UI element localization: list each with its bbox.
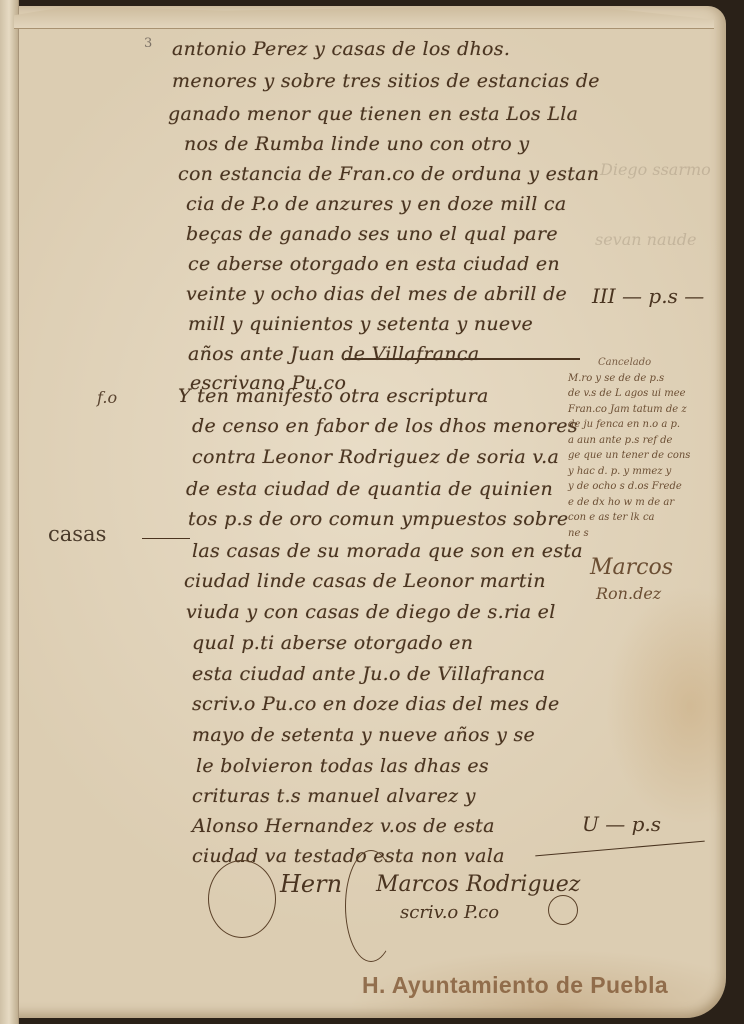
text-line: tos p.s de oro comun ympuestos sobre [188,508,568,530]
signature-flourish [345,850,397,962]
amount-pesos-1: III — p.s — [592,284,704,308]
text-line: scriv.o Pu.co en doze dias del mes de [192,693,560,715]
text-line: viuda y con casas de diego de s.ria el [186,601,556,623]
line-filler-rule [345,358,580,360]
text-line: qual p.ti aberse otorgado en [192,632,473,654]
text-line: crituras t.s manuel alvarez y [192,785,476,807]
text-line: veinte y ocho dias del mes de abrill de [186,283,567,305]
text-line: beças de ganado ses uno el qual pare [186,223,558,245]
note-line: e de dx ho w m de ar [568,495,728,511]
signature-flourish [208,860,276,938]
text-line: años ante Juan de Villafranca [188,343,479,365]
text-line: ciudad linde casas de Leonor martin [184,570,546,592]
text-line: le bolvieron todas las dhas es [196,755,489,777]
text-line: esta ciudad ante Ju.o de Villafranca [192,663,545,685]
text-line: nos de Rumba linde uno con otro y [184,133,529,155]
note-line: ge que un tener de cons [568,448,728,464]
text-line: ce aberse otorgado en esta ciudad en [188,253,560,275]
bleed-through-text: sevan naude [595,230,697,249]
text-line: con estancia de Fran.co de orduna y esta… [178,163,599,185]
cancellation-note: Cancelado M.ro y se de de p.s de v.s de … [568,355,728,541]
note-line: Fran.co Jam tatum de z [568,402,728,418]
margin-note-fo: f.o [97,388,117,407]
text-line: ganado menor que tienen en esta Los Lla [168,103,578,125]
bleed-through-text: Diego ssarmo [600,160,711,179]
cancellation-title: Cancelado [568,355,728,371]
folio-number: 3 [144,36,152,51]
notarial-sign-icon [548,895,578,925]
book-spine [0,0,19,1024]
text-line: de censo en fabor de los dhos menores [192,415,578,437]
note-line: ne s [568,526,728,542]
archive-watermark: H. Ayuntamiento de Puebla [362,972,668,999]
sig-line: Marcos [590,555,673,581]
text-line: Y ten manifesto otra escriptura [178,385,489,407]
notary-signature-title: scriv.o P.co [400,902,499,923]
margin-link-rule [142,538,190,539]
text-line: antonio Perez y casas de los dhos. [172,38,510,60]
text-line: las casas de su morada que son en esta [192,540,583,562]
text-line: contra Leonor Rodriguez de soria v.a [192,446,559,468]
text-line: Alonso Hernandez v.os de esta [192,815,495,837]
note-line: a aun ante p.s ref de [568,433,728,449]
notary-signature-name: Marcos Rodriguez [376,872,580,897]
margin-note-casas: casas [48,522,106,546]
note-line: y hac d. p. y mmez y [568,464,728,480]
amount-pesos-2: U — p.s [582,812,661,836]
witness-signature: Hern [280,870,342,898]
cancellation-signature: Marcos Ron.dez [590,555,673,607]
text-line: cia de P.o de anzures y en doze mill ca [186,193,567,215]
text-line: menores y sobre tres sitios de estancias… [172,70,600,92]
note-line: con e as ter lk ca [568,510,728,526]
text-line: de esta ciudad de quantia de quinien [186,478,553,500]
note-line: de ju fenca en n.o a p. [568,417,728,433]
sig-line: Ron.dez [590,581,673,607]
note-line: y de ocho s d.os Frede [568,479,728,495]
torn-top-edge [14,6,714,29]
note-line: M.ro y se de de p.s [568,371,728,387]
text-line: mayo de setenta y nueve años y se [192,724,535,746]
note-line: de v.s de L agos ui mee [568,386,728,402]
text-line: mill y quinientos y setenta y nueve [188,313,533,335]
